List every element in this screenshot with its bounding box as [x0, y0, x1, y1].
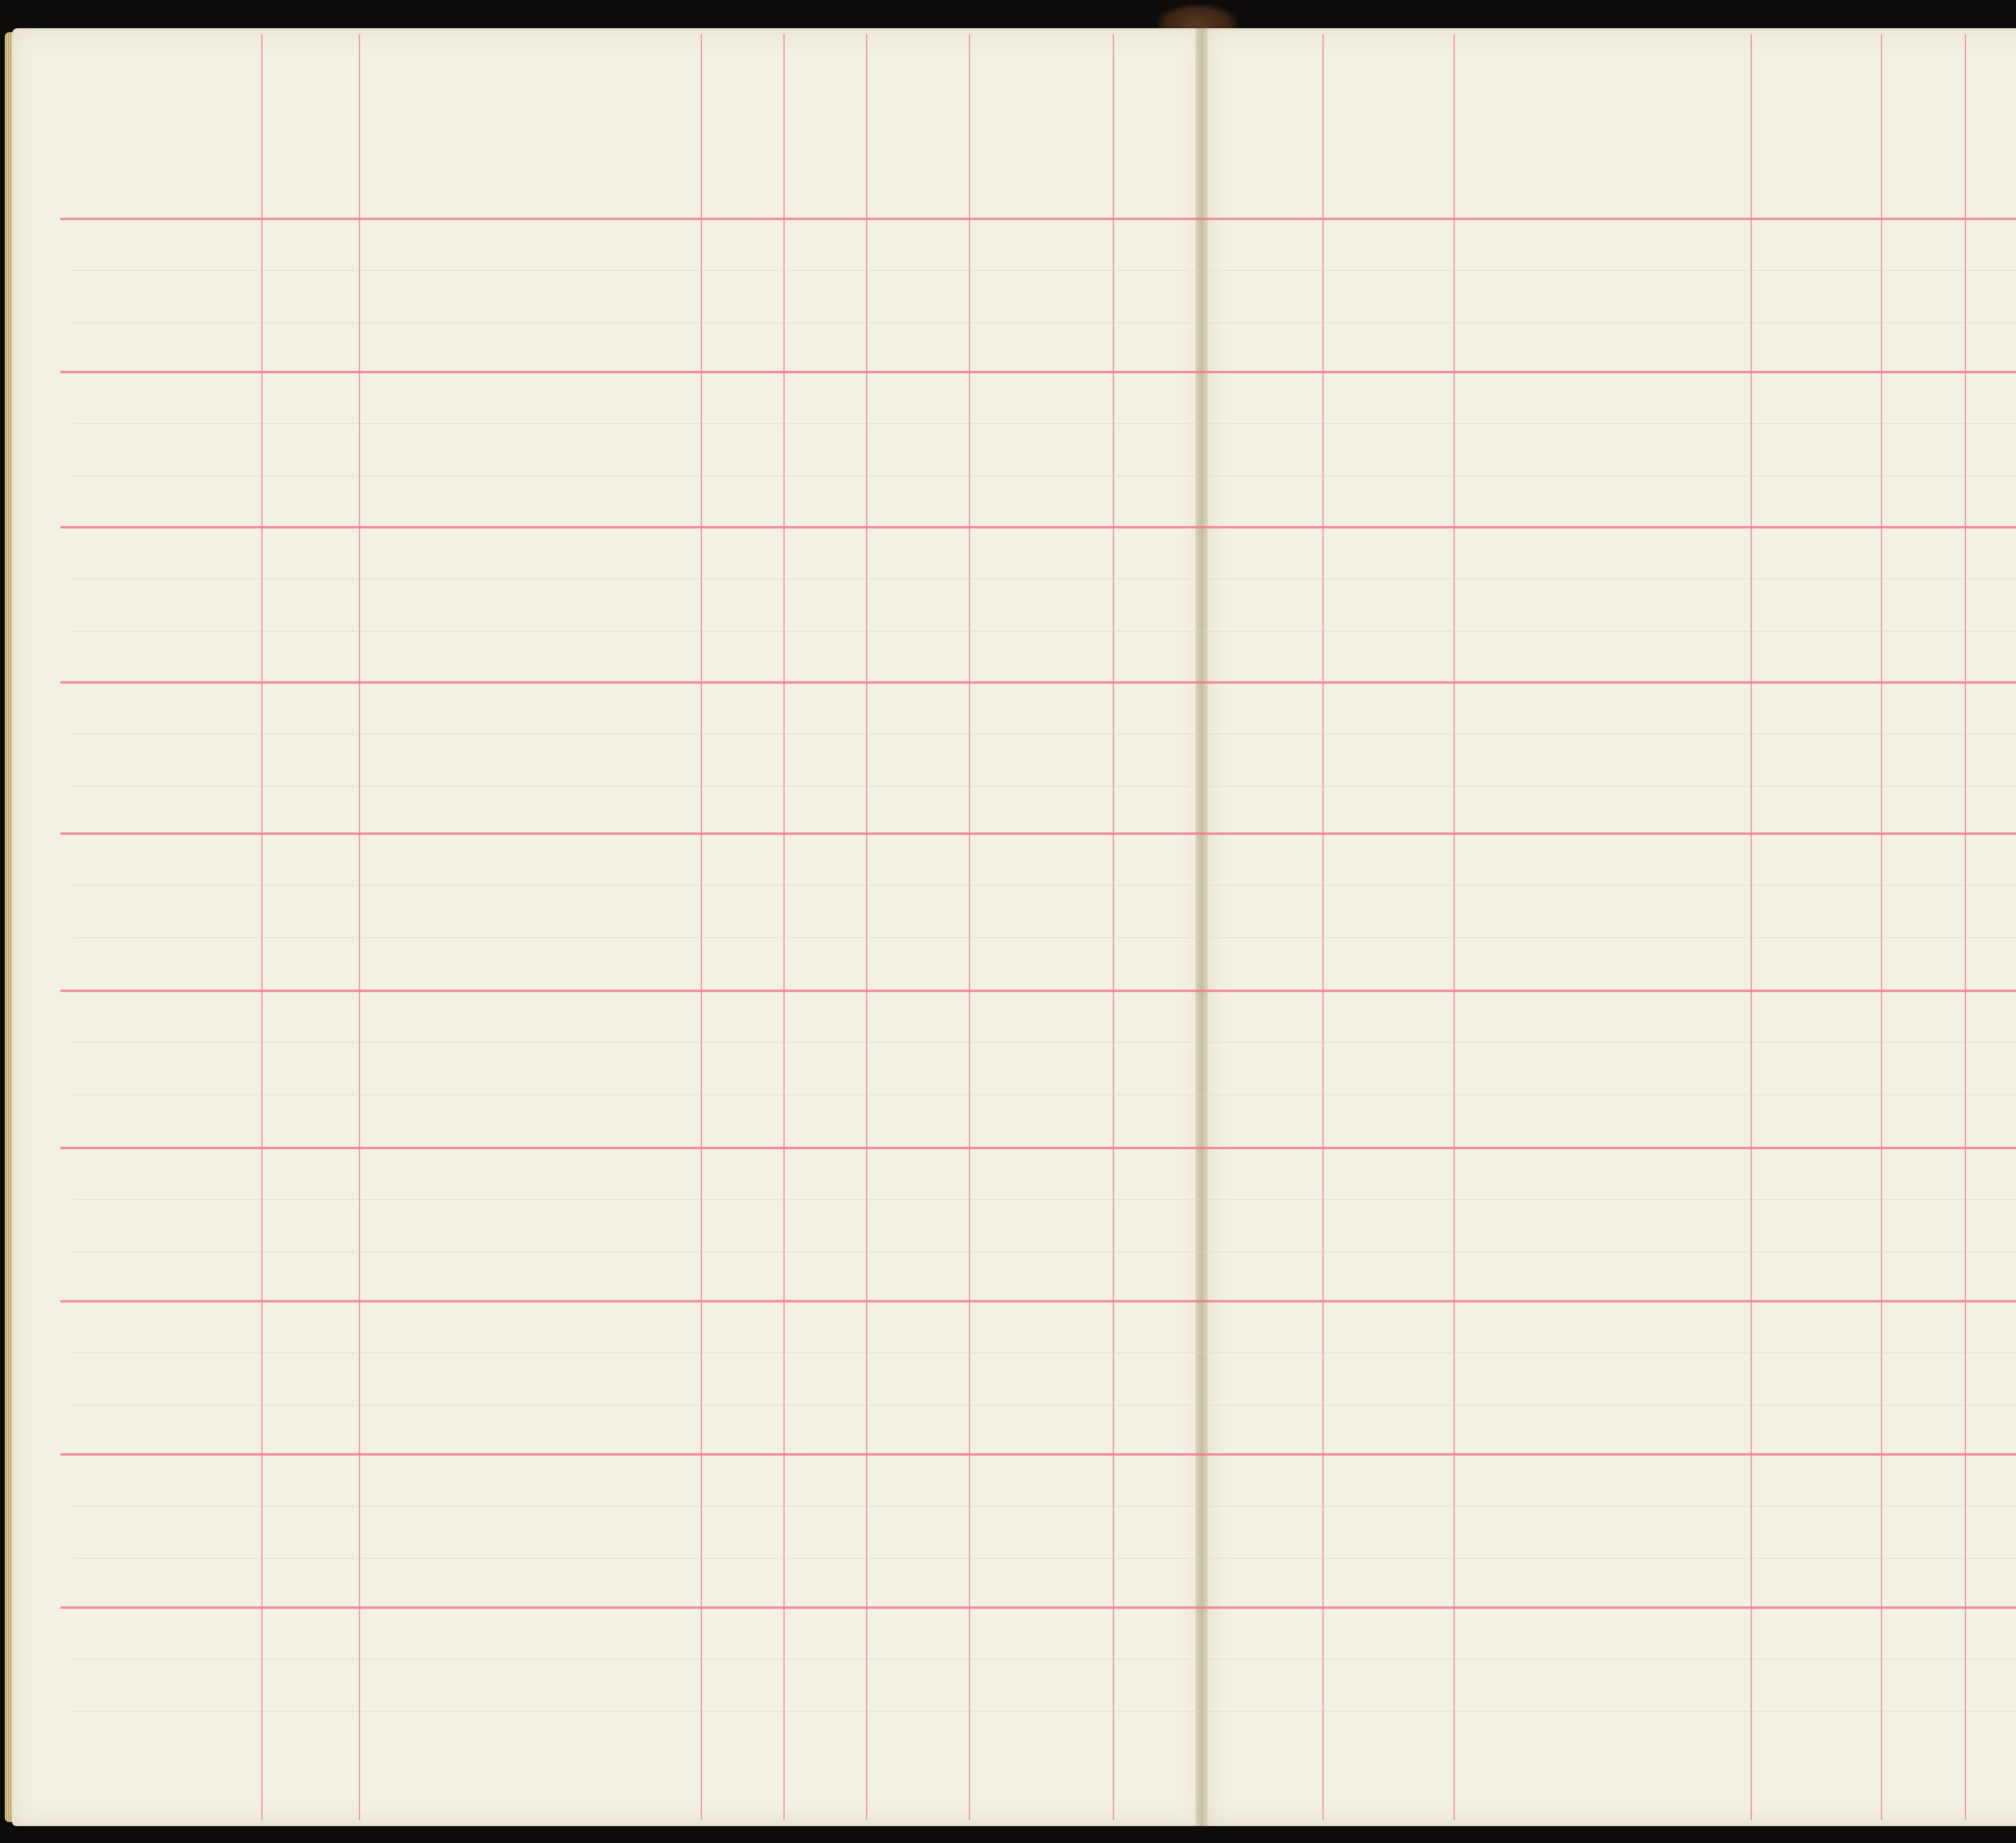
row-rule [60, 1606, 2016, 1609]
row-rule [60, 1147, 2016, 1149]
column-rule [359, 34, 360, 1820]
guide-line [73, 1042, 2016, 1043]
column-rule [1454, 34, 1455, 1820]
guide-line [73, 1711, 2016, 1712]
guide-line [73, 1352, 2016, 1353]
guide-line [73, 322, 2016, 323]
guide-line [73, 1252, 2016, 1252]
guide-line [73, 631, 2016, 632]
column-rule [1751, 34, 1752, 1820]
column-rule [261, 34, 262, 1820]
guide-line [73, 270, 2016, 271]
row-rule [60, 1453, 2016, 1456]
row-rule [60, 681, 2016, 684]
guide-line [73, 476, 2016, 476]
row-rule [60, 526, 2016, 528]
guide-line [73, 1094, 2016, 1095]
right-page [1206, 28, 2016, 1826]
column-rule [1965, 34, 1966, 1820]
row-rule [60, 1300, 2016, 1302]
guide-line [73, 578, 2016, 579]
column-rule [783, 34, 785, 1820]
column-rule [1322, 34, 1324, 1820]
row-rule [60, 832, 2016, 835]
guide-line [73, 1659, 2016, 1660]
column-rule [1113, 34, 1114, 1820]
column-rule [1881, 34, 1882, 1820]
guide-line [73, 1506, 2016, 1506]
guide-line [73, 734, 2016, 734]
guide-line [73, 1199, 2016, 1200]
column-rule [701, 34, 702, 1820]
row-rule [60, 371, 2016, 373]
guide-line [73, 885, 2016, 886]
guide-line [73, 423, 2016, 424]
column-rule [866, 34, 867, 1820]
guide-line [73, 786, 2016, 787]
guide-line [73, 1405, 2016, 1406]
guide-line [73, 1558, 2016, 1559]
row-rule [60, 990, 2016, 992]
guide-line [73, 937, 2016, 938]
column-rule [969, 34, 970, 1820]
book-gutter [1195, 28, 1208, 1826]
row-rule [60, 218, 2016, 220]
left-page [12, 28, 1204, 1826]
